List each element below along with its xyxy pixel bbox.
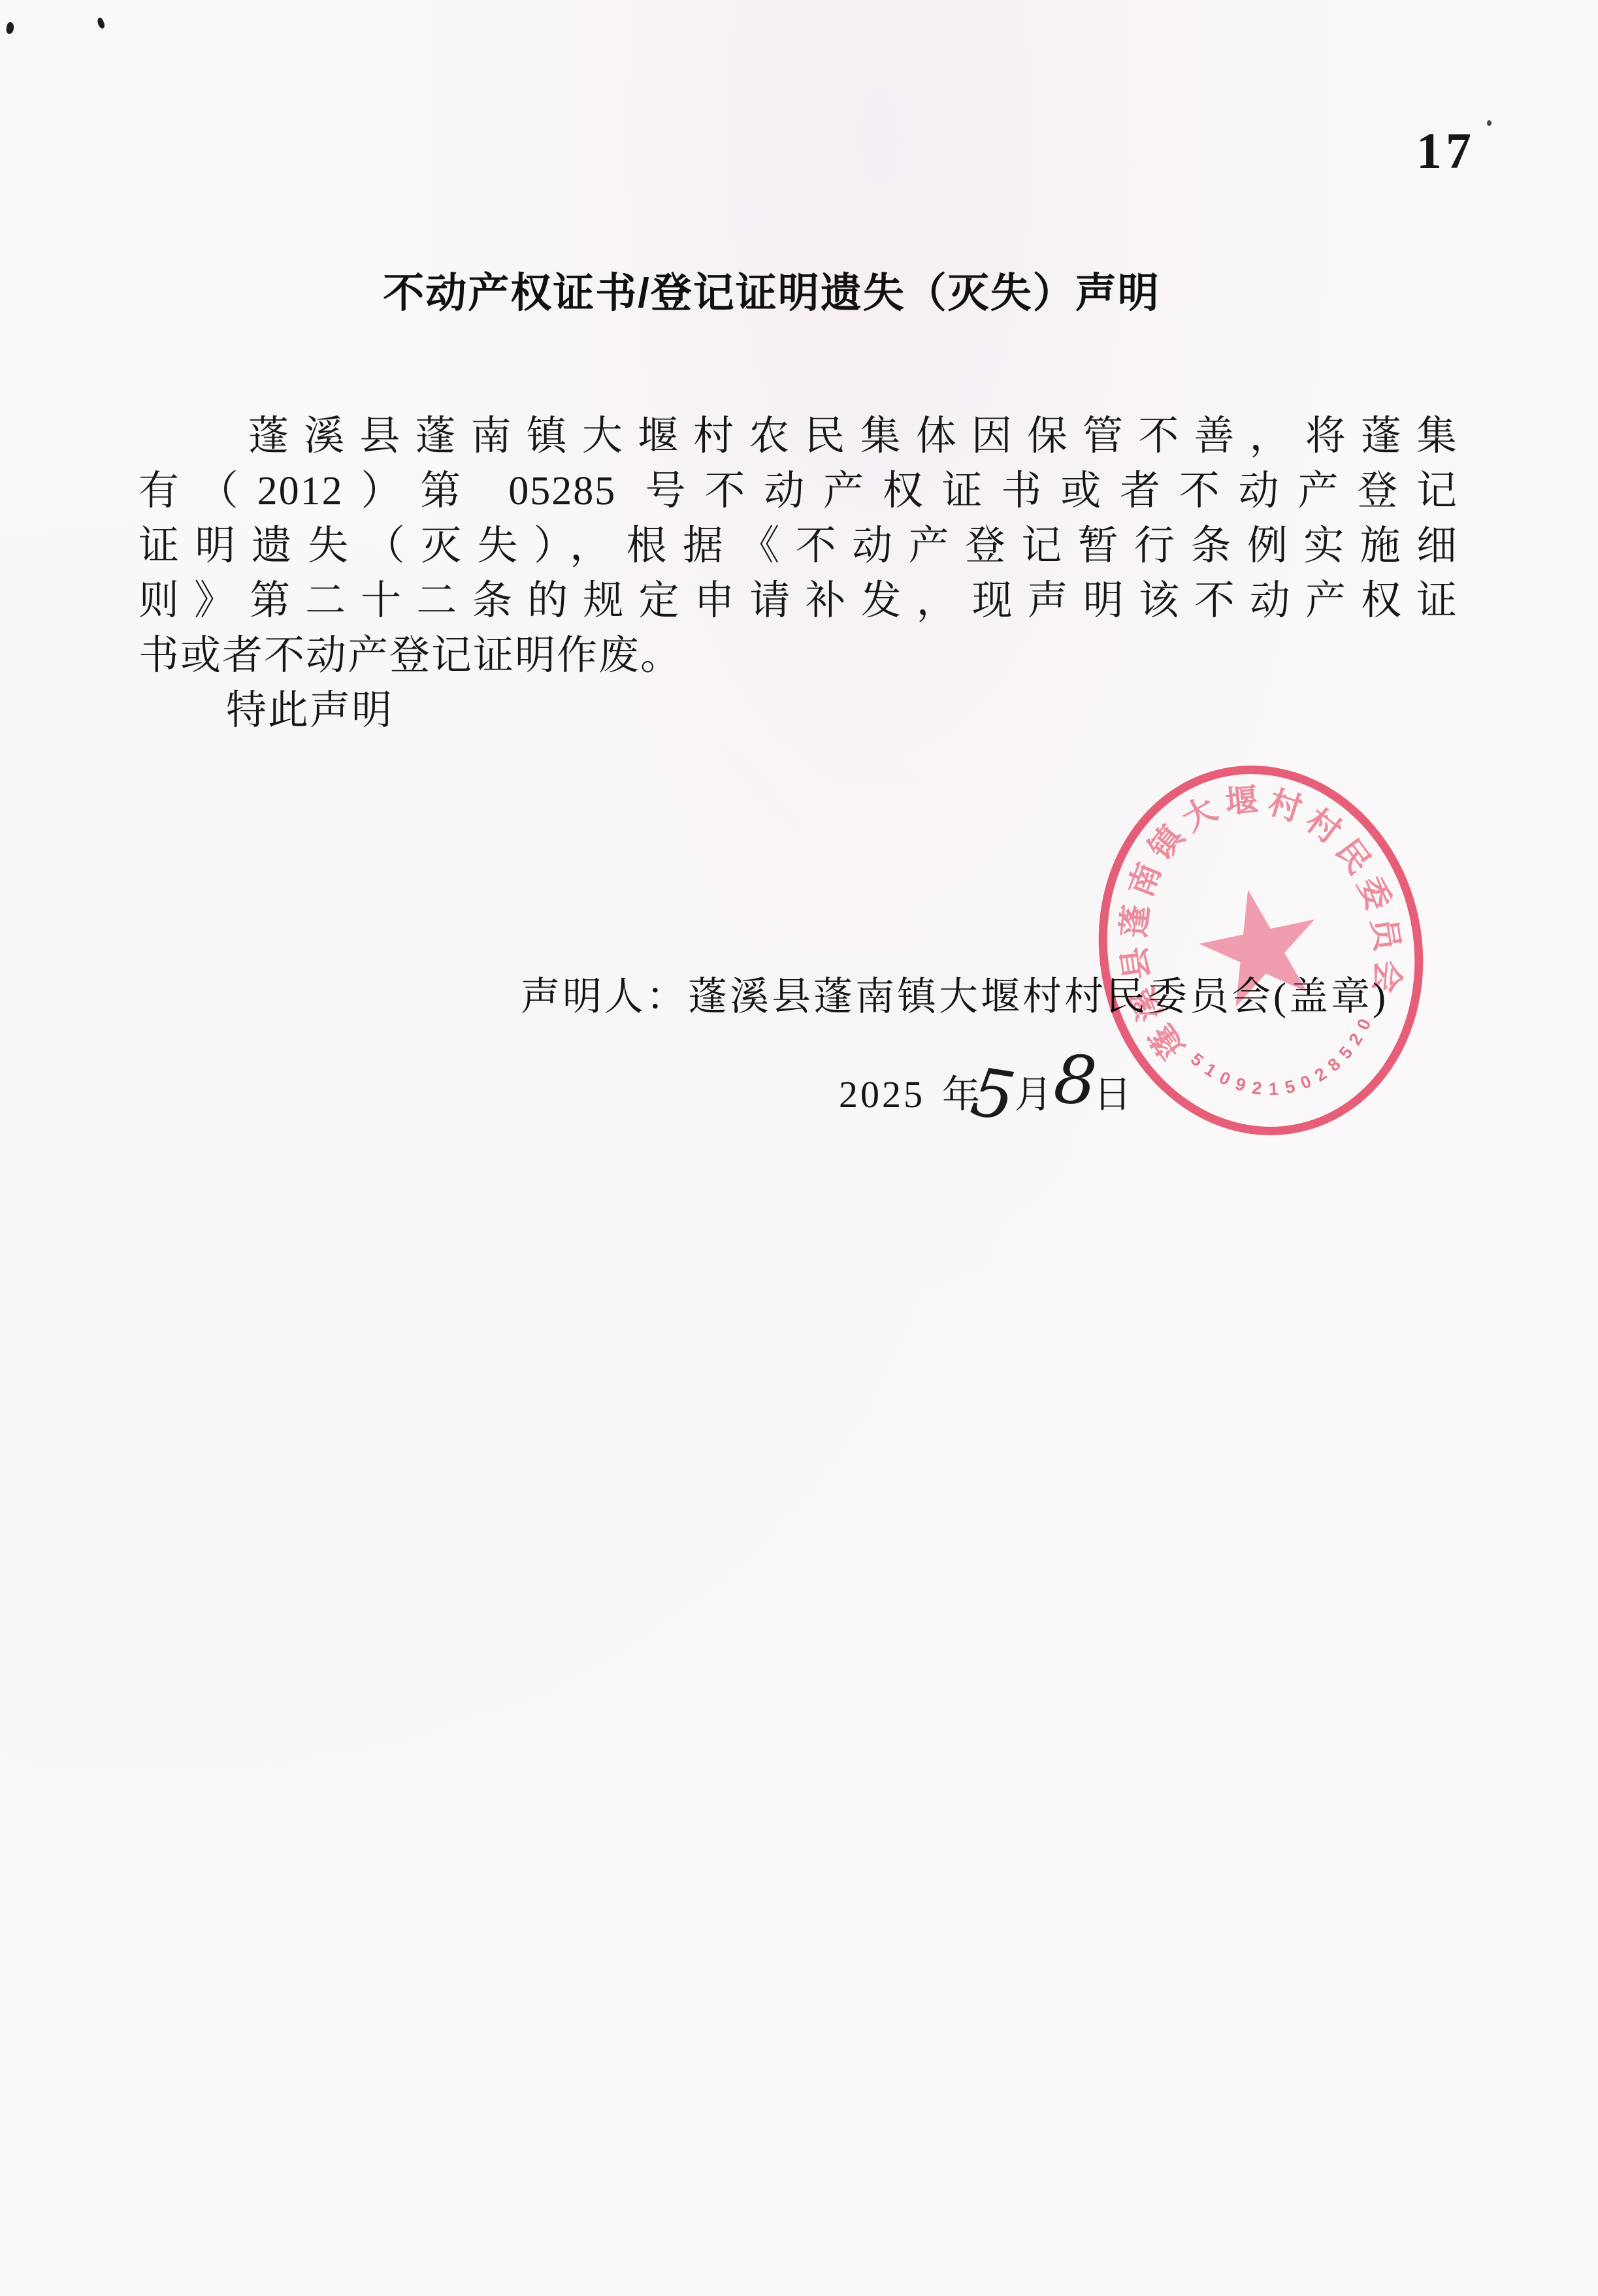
date-month-char: 月 bbox=[1015, 1063, 1052, 1118]
body-line-1: 蓬溪县蓬南镇大堰村农民集体因保管不善，将蓬集 bbox=[139, 409, 1458, 464]
date-year: 2025 bbox=[839, 1073, 925, 1116]
document-page: 17 不动产权证书/登记证明遗失（灭失）声明 蓬溪县蓬南镇大堰村农民集体因保管不… bbox=[0, 0, 1598, 2296]
signature-label: 声明人： bbox=[521, 975, 688, 1018]
body-line-4: 则》第二十二条的规定申请补发，现声明该不动产权证 bbox=[139, 574, 1458, 628]
body-line-3: 证明遗失（灭失），根据《不动产登记暂行条例实施细 bbox=[139, 519, 1458, 574]
scan-speck bbox=[96, 17, 106, 29]
body-line-2: 有（2012）第 05285 号不动产权证书或者不动产登记 bbox=[139, 464, 1458, 519]
body-line-5: 书或者不动产登记证明作废。 bbox=[139, 628, 1458, 683]
date-month-handwritten: 5 bbox=[972, 1092, 1014, 1099]
official-seal: 蓬溪县蓬南镇大堰村村民委员会 5109215028520 bbox=[1078, 741, 1444, 1159]
page-number: 17 bbox=[1416, 121, 1475, 180]
declaration-body: 蓬溪县蓬南镇大堰村农民集体因保管不善，将蓬集 有（2012）第 05285 号不… bbox=[139, 409, 1458, 738]
seal-star-icon bbox=[1190, 877, 1329, 1012]
scan-speck bbox=[1487, 120, 1492, 126]
document-title: 不动产权证书/登记证明遗失（灭失）声明 bbox=[0, 260, 1571, 319]
body-line-6: 特此声明 bbox=[139, 683, 1458, 738]
scan-speck bbox=[5, 22, 15, 35]
